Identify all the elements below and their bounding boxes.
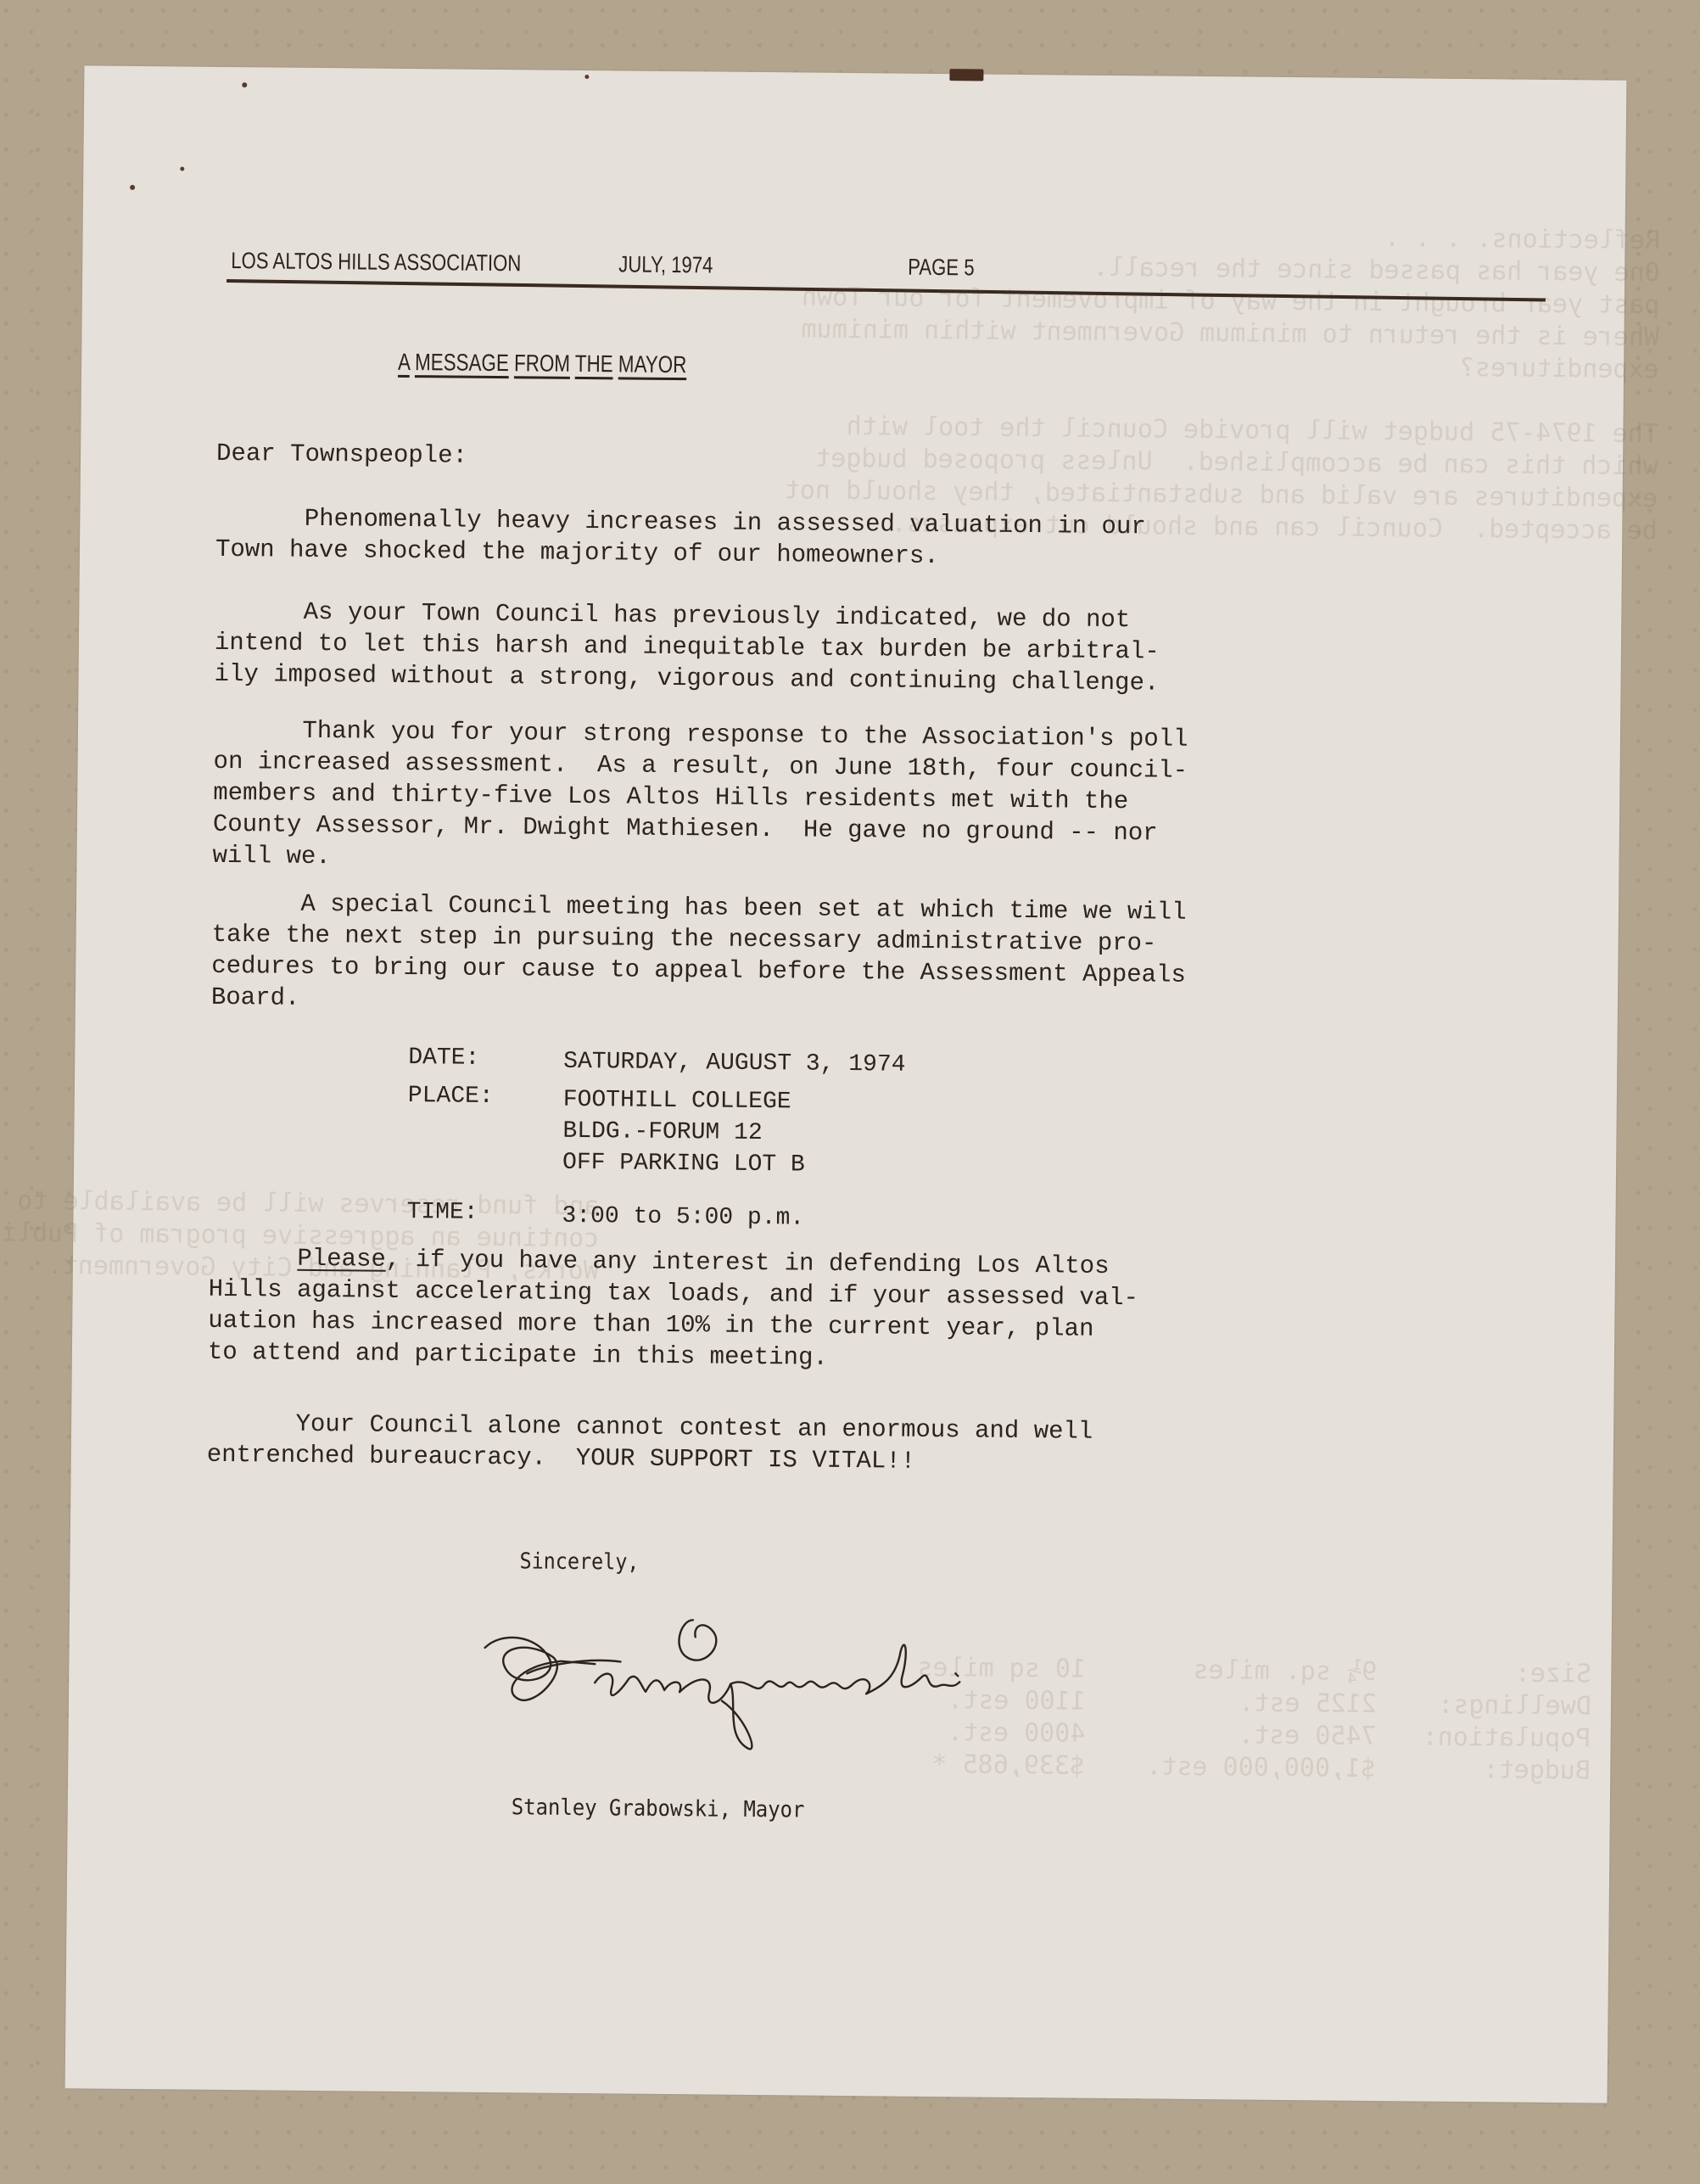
paragraph: Phenomenally heavy increases in assessed… [215, 502, 1404, 576]
title-word: MESSAGE [415, 349, 509, 376]
header-organization: LOS ALTOS HILLS ASSOCIATION [231, 248, 521, 277]
meeting-details: DATE: SATURDAY, AUGUST 3, 1974 PLACE: FO… [406, 1044, 905, 1235]
meeting-date-row: DATE: SATURDAY, AUGUST 3, 1974 [408, 1044, 906, 1081]
meeting-time-row: TIME: 3:00 to 5:00 p.m. [406, 1199, 904, 1235]
page-title: A MESSAGE FROM THE MAYOR [398, 349, 687, 378]
header-page-number: PAGE 5 [908, 255, 975, 282]
header-rule [226, 279, 1546, 302]
newsletter-header: LOS ALTOS HILLS ASSOCIATION JULY, 1974 P… [231, 248, 1546, 260]
paragraph: Please, if you have any interest in defe… [208, 1242, 1396, 1379]
paragraph: Thank you for your strong response to th… [212, 714, 1401, 882]
meeting-place-line: FOOTHILL COLLEGE [563, 1084, 806, 1118]
title-word: A [398, 349, 410, 375]
paper-speck [242, 82, 247, 87]
paper-speck [180, 166, 184, 171]
closing: Sincerely, [519, 1548, 639, 1575]
title-word: FROM [514, 350, 570, 377]
paper-speck [130, 185, 135, 190]
paragraph: Your Council alone cannot contest an eno… [207, 1408, 1395, 1481]
paper-speck [584, 75, 589, 79]
signature-image [467, 1597, 1062, 1772]
salutation: Dear Townspeople: [216, 438, 1404, 480]
meeting-time-value: 3:00 to 5:00 p.m. [562, 1201, 804, 1235]
meeting-place-label: PLACE: [407, 1083, 563, 1179]
document-page: Reflections. . . . One year has passed s… [65, 65, 1627, 2103]
signer-name: Stanley Grabowski, Mayor [512, 1795, 805, 1823]
paragraph: A special Council meeting has been set a… [211, 888, 1400, 1024]
meeting-place-row: PLACE: FOOTHILL COLLEGE BLDG.-FORUM 12 O… [407, 1083, 905, 1182]
paragraph: As your Town Council has previously indi… [214, 596, 1402, 701]
meeting-date-value: SATURDAY, AUGUST 3, 1974 [563, 1046, 906, 1081]
header-date: JULY, 1974 [618, 251, 713, 278]
meeting-place-line: OFF PARKING LOT B [562, 1147, 805, 1181]
meeting-time-label: TIME: [406, 1199, 562, 1232]
paper-speck [949, 69, 983, 81]
emphasis-please: Please [297, 1245, 386, 1274]
title-word: THE [575, 350, 613, 377]
meeting-place-line: BLDG.-FORUM 12 [562, 1116, 805, 1150]
title-word: MAYOR [618, 350, 687, 378]
meeting-date-label: DATE: [408, 1044, 563, 1078]
